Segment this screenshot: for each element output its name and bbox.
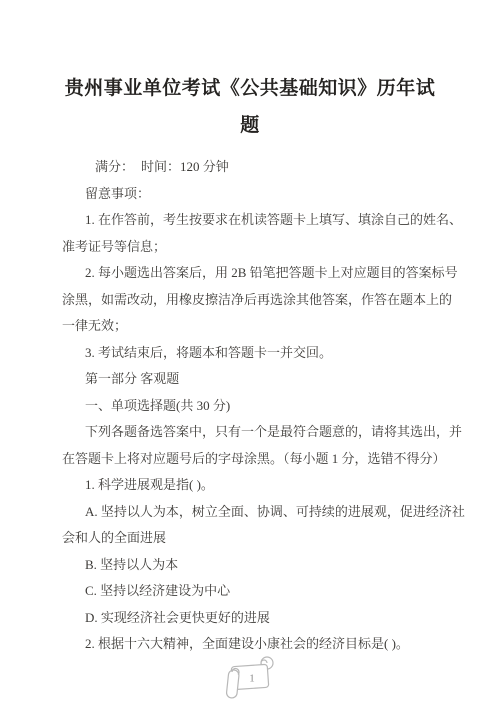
page-title-line-1: 贵州事业单位考试《公共基础知识》历年试 [62,70,438,107]
question-1-option-d: D. 实现经济社会更快更好的进展 [62,605,450,632]
document-body: 满分：时间：120 分钟 留意事项： 1. 在作答前，考生按要求在机读答题卡上填… [0,154,500,658]
instructions-line-2: 在答题卡上将对应题号后的字母涂黑。（每小题 1 分，选错不得分） [62,446,450,473]
question-1: 1. 科学进展观是指( )。 [62,472,450,499]
time-label: 时间：120 分钟 [141,159,229,174]
notice-item-1-line-2: 准考证号等信息； [62,234,450,261]
exam-meta-line: 满分：时间：120 分钟 [62,154,450,181]
document-page: 贵州事业单位考试《公共基础知识》历年试 题 满分：时间：120 分钟 留意事项：… [0,0,500,708]
question-1-option-c: C. 坚持以经济建设为中心 [62,578,450,605]
instructions-line-1: 下列各题备选答案中，只有一个是最符合题意的，请将其选出，并 [62,419,450,446]
notice-item-2-line-2: 涂黑，如需改动，用橡皮擦洁净后再选涂其他答案，作答在题本上的 [62,287,450,314]
question-1-option-b: B. 坚持以人为本 [62,552,450,579]
notice-item-3: 3. 考试结束后，将题本和答题卡一并交回。 [62,340,450,367]
page-title-line-2: 题 [62,107,438,144]
subsection-heading: 一、单项选择题(共 30 分) [62,393,450,420]
scroll-icon: 1 [223,653,277,701]
section-heading: 第一部分 客观题 [62,366,450,393]
question-1-option-a-line-2: 会和人的全面进展 [62,525,450,552]
notice-item-1-line-1: 1. 在作答前，考生按要求在机读答题卡上填写、填涂自己的姓名、 [62,207,450,234]
notice-item-2-line-3: 一律无效； [62,313,450,340]
notice-heading: 留意事项： [62,181,450,208]
page-number-pager[interactable]: 1 [223,653,277,701]
question-1-option-a-line-1: A. 坚持以人为本，树立全面、协调、可持续的进展观，促进经济社 [62,499,450,526]
page-number: 1 [249,673,255,685]
page-title: 贵州事业单位考试《公共基础知识》历年试 题 [0,70,500,144]
score-label: 满分： [95,159,134,174]
notice-item-2-line-1: 2. 每小题选出答案后，用 2B 铅笔把答题卡上对应题目的答案标号 [62,260,450,287]
